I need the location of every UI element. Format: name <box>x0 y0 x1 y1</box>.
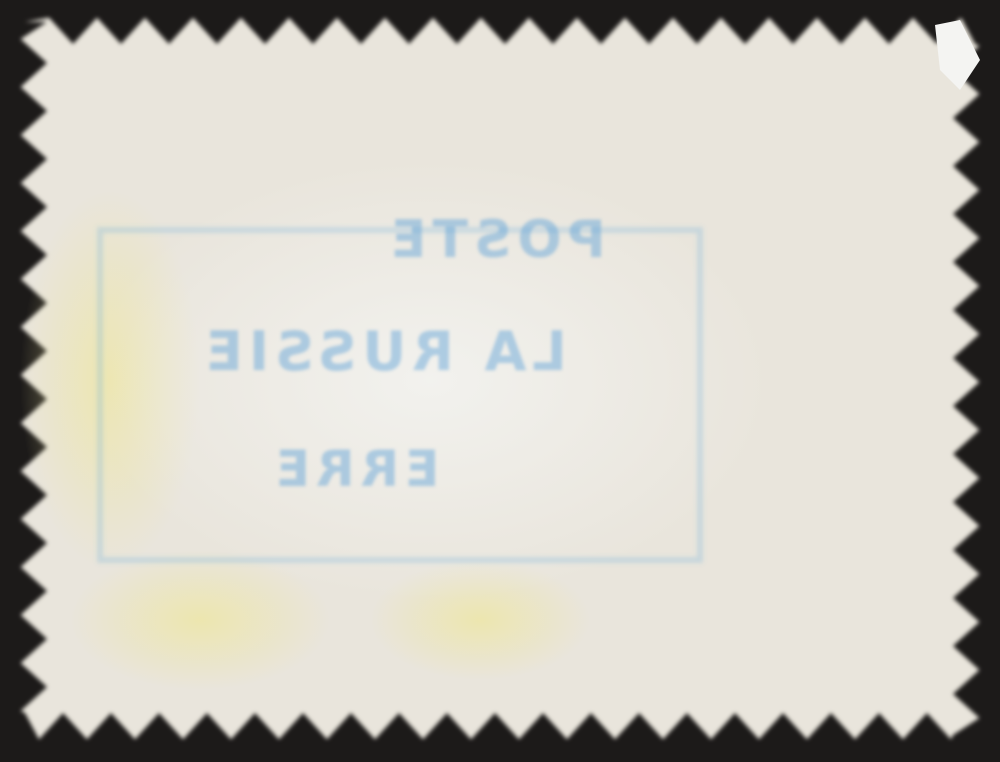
showthrough-line-3: ERRE <box>270 440 439 498</box>
showthrough-line-2: LA RUSSIE <box>200 320 567 383</box>
showthrough-text: POSTE LA RUSSIE ERRE <box>0 0 1000 762</box>
showthrough-line-1: POSTE <box>385 210 606 270</box>
